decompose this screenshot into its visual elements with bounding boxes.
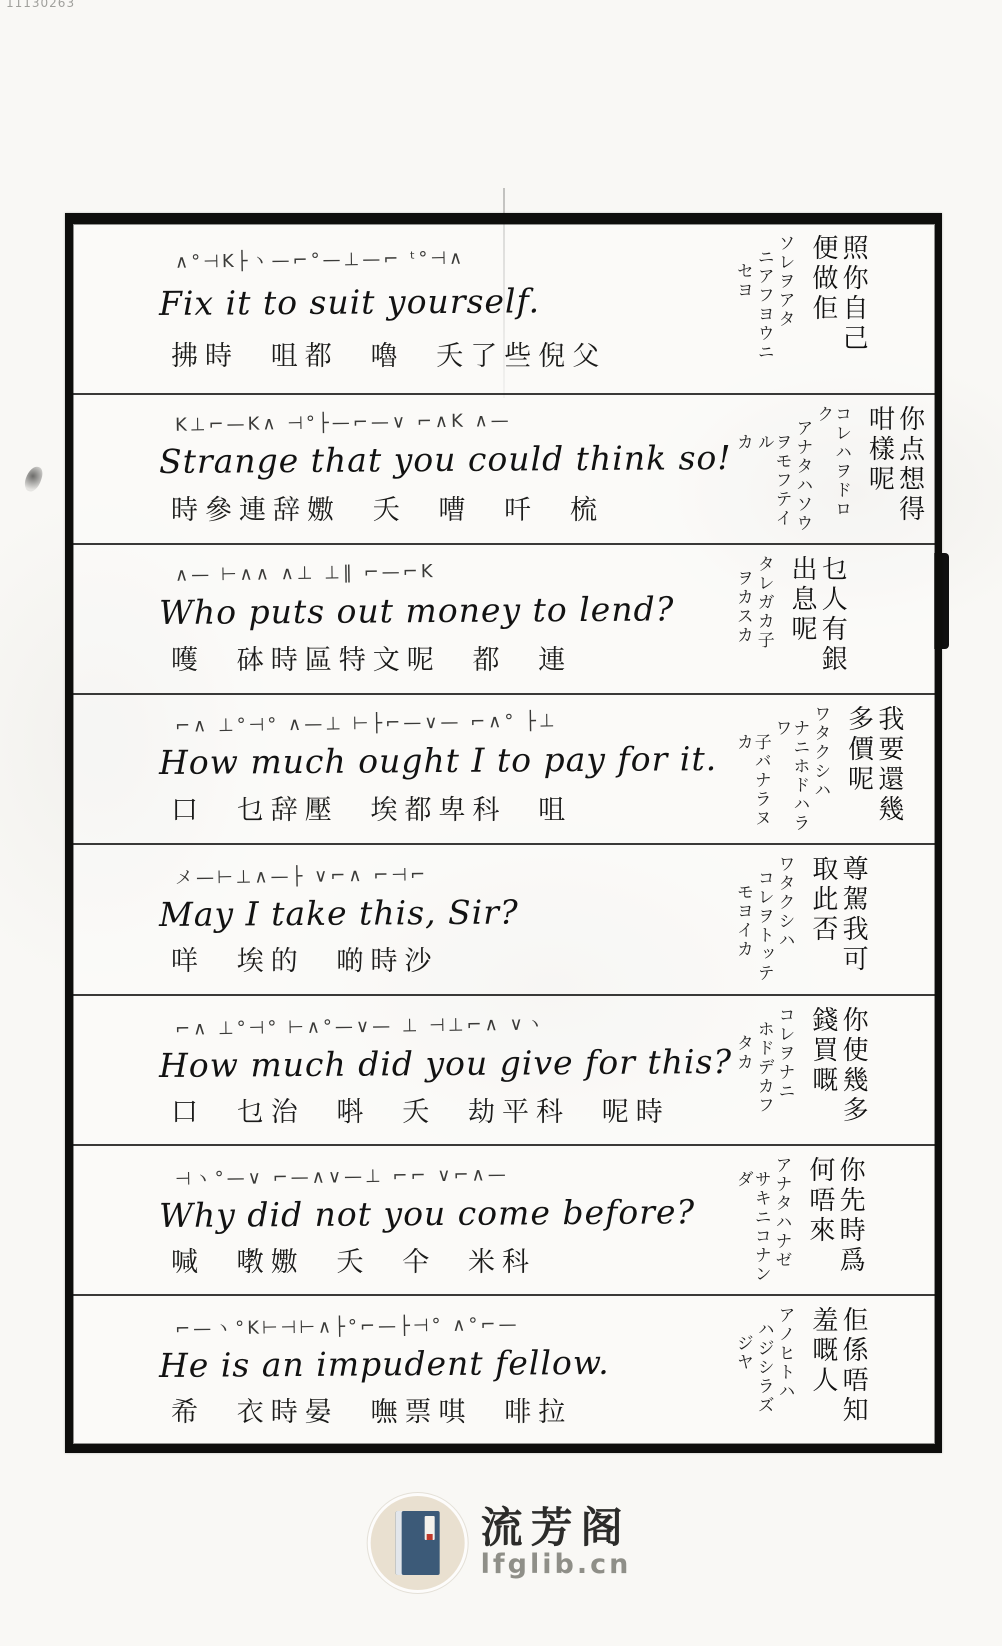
phrase-row-left: ⌐∧ ⊥°⊣° ∧—⊥ ⊢├⌐—∨— ⌐∧° ├⊥ How much ought… <box>73 695 731 843</box>
vertical-text-block: 佢係唔知羞嘅人アノヒトハハジシラズジヤ <box>731 1306 870 1438</box>
library-watermark: 流芳阁 lfglib.cn <box>371 1496 632 1590</box>
phrase-table: ∧°⊣K├ヽ—⌐°—⊥—⌐ ᵗ°⊣∧ Fix it to suit yourse… <box>65 213 942 1453</box>
english-phrase: Who puts out money to lend? <box>159 589 725 632</box>
scanned-phrasebook-page: { "page": { "corner_id": "11130263", "wa… <box>0 0 1002 1646</box>
chinese-translation-column: 我要還幾 <box>876 705 903 837</box>
vertical-text-block: 我要還幾多價呢ワタクシハナニホドハラワ子バナラヌカ <box>731 705 906 837</box>
chinese-translation-column: 咁樣呢 <box>866 405 893 537</box>
shorthand-phonetic-line: ⌐∧ ⊥°⊣° ∧—⊥ ⊢├⌐—∨— ⌐∧° ├⊥ <box>159 708 725 737</box>
phrase-row-right: 佢係唔知羞嘅人アノヒトハハジシラズジヤ <box>731 1296 935 1444</box>
phrase-row-right: 你使幾多錢買嘅コレヲナニホドデカフタカ <box>731 996 935 1144</box>
phrase-row: K⊥⌐—K∧ ⊣°├—⌐—∨ ⌐∧K ∧— Strange that you c… <box>73 395 935 545</box>
chinese-translation-column: 照你自己 <box>840 234 867 387</box>
english-phrase: Why did not you come before? <box>159 1192 725 1235</box>
phrase-row-right: 乜人有銀出息呢タレガカ子ヲカスカ <box>731 545 935 693</box>
scan-corner-id: 11130263 <box>6 0 75 10</box>
katakana-column: コレハヲドロク <box>814 405 850 537</box>
chinese-translation-column: 你先時爲 <box>837 1156 864 1288</box>
book-icon <box>396 1511 440 1575</box>
katakana-column: タレガカ子 <box>755 555 773 687</box>
katakana-column: アノヒトハ <box>776 1306 794 1438</box>
phrase-row-left: ∧°⊣K├ヽ—⌐°—⊥—⌐ ᵗ°⊣∧ Fix it to suit yourse… <box>73 224 731 393</box>
chinese-phonetic-line: 咩 埃的 啲時沙 <box>159 939 725 978</box>
phrase-row: ⊣ヽ°—∨ ⌐—∧∨—⊥ ⌐⌐ ∨⌐∧— Why did not you com… <box>73 1146 935 1296</box>
chinese-phonetic-line: 喊 嘋嫐 夭 仐 米科 <box>159 1240 725 1279</box>
katakana-column: カ <box>734 433 752 537</box>
phrase-row: ⌐—ヽ°K⊢⊣⊢∧├°⌐—├⊣° ∧°⌐— He is an impudent … <box>73 1296 935 1444</box>
chinese-translation-column: 便做佢 <box>810 234 837 387</box>
katakana-column: ホドデカフ <box>755 1020 773 1138</box>
chinese-translation-column: 錢買嘅 <box>810 1006 837 1138</box>
katakana-column: ナニホドハラワ <box>773 719 809 837</box>
shorthand-phonetic-line: ⌐—ヽ°K⊢⊣⊢∧├°⌐—├⊣° ∧°⌐— <box>159 1307 725 1341</box>
phrase-row-left: メ—⊢⊥∧—├ ∨⌐∧ ⌐⊣⌐ May I take this, Sir? 咩 … <box>73 845 731 993</box>
chinese-phonetic-line: 口 乜治 唞 夭 劫平科 呢時 <box>159 1090 725 1129</box>
katakana-column: アナタハソウ <box>794 419 812 537</box>
chinese-translation-column: 尊駕我可 <box>840 855 867 987</box>
vertical-text-block: 乜人有銀出息呢タレガカ子ヲカスカ <box>731 555 849 687</box>
shorthand-phonetic-line: ⌐∧ ⊥°⊣° ⊢∧°—∨— ⊥ ⊣⊥⌐∧ ∨ヽ <box>159 1007 725 1041</box>
chinese-translation-column: 羞嘅人 <box>810 1306 837 1438</box>
phrase-row: メ—⊢⊥∧—├ ∨⌐∧ ⌐⊣⌐ May I take this, Sir? 咩 … <box>73 845 935 995</box>
katakana-column: ワタクシハ <box>776 855 794 987</box>
vertical-text-block: 尊駕我可取此否ワタクシハコレヲトッテモヨイカ <box>731 855 870 987</box>
vertical-text-block: 你先時爲何唔來アナタハナゼサキニコナンダ <box>731 1156 867 1288</box>
english-phrase: He is an impudent fellow. <box>159 1342 725 1385</box>
phrase-row: ⌐∧ ⊥°⊣° ⊢∧°—∨— ⊥ ⊣⊥⌐∧ ∨ヽ How much did yo… <box>73 996 935 1146</box>
vertical-text-block: 你点想得咁樣呢コレハヲドロクアナタハソウヲモフテイルカ <box>731 405 927 537</box>
phrase-row: ∧°⊣K├ヽ—⌐°—⊥—⌐ ᵗ°⊣∧ Fix it to suit yourse… <box>73 224 935 395</box>
katakana-column: 子バナラヌカ <box>734 733 770 837</box>
katakana-column: コレヲトッテ <box>755 869 773 987</box>
english-phrase: How much ought I to pay for it. <box>159 739 725 782</box>
katakana-column: ワタクシハ <box>811 705 829 837</box>
chinese-translation-column: 你使幾多 <box>840 1006 867 1138</box>
phrase-row-right: 你先時爲何唔來アナタハナゼサキニコナンダ <box>731 1146 935 1294</box>
phrase-row-right: 我要還幾多價呢ワタクシハナニホドハラワ子バナラヌカ <box>731 695 935 843</box>
katakana-column: アナタハナゼ <box>773 1156 791 1288</box>
phrase-row-left: ⊣ヽ°—∨ ⌐—∧∨—⊥ ⌐⌐ ∨⌐∧— Why did not you com… <box>73 1146 731 1294</box>
phrase-row-left: K⊥⌐—K∧ ⊣°├—⌐—∨ ⌐∧K ∧— Strange that you c… <box>73 395 731 543</box>
shorthand-phonetic-line: ∧°⊣K├ヽ—⌐°—⊥—⌐ ᵗ°⊣∧ <box>159 240 725 274</box>
chinese-translation-column: 佢係唔知 <box>840 1306 867 1438</box>
english-phrase: May I take this, Sir? <box>159 891 725 934</box>
phrase-row-left: ∧— ⊢∧∧ ∧⊥ ⊥‖ ⌐—⌐K Who puts out money to … <box>73 545 731 693</box>
phrase-row-left: ⌐—ヽ°K⊢⊣⊢∧├°⌐—├⊣° ∧°⌐— He is an impudent … <box>73 1296 731 1444</box>
phrase-row-right: 照你自己便做佢ソレヲアタニアフヨウニセヨ <box>731 224 935 393</box>
shorthand-phonetic-line: メ—⊢⊥∧—├ ∨⌐∧ ⌐⊣⌐ <box>159 856 725 890</box>
shorthand-phonetic-line: ∧— ⊢∧∧ ∧⊥ ⊥‖ ⌐—⌐K <box>159 557 725 586</box>
shorthand-phonetic-line: ⊣ヽ°—∨ ⌐—∧∨—⊥ ⌐⌐ ∨⌐∧— <box>159 1157 725 1191</box>
chinese-translation-column: 多價呢 <box>845 705 872 837</box>
chinese-translation-column: 取此否 <box>810 855 837 987</box>
chinese-phonetic-line: 嚄 砵時區特文呢 都 連 <box>159 638 725 677</box>
phrase-row-right: 尊駕我可取此否ワタクシハコレヲトッテモヨイカ <box>731 845 935 993</box>
katakana-column: ソレヲアタ <box>776 234 794 387</box>
katakana-column: ヲカスカ <box>734 569 752 687</box>
chinese-phonetic-line: 拂時 咀都 嚕 夭了些倪父 <box>159 334 725 373</box>
katakana-column: セヨ <box>734 262 752 387</box>
chinese-translation-column: 出息呢 <box>789 555 816 687</box>
chinese-translation-column: 何唔來 <box>807 1156 834 1288</box>
phrase-row-left: ⌐∧ ⊥°⊣° ⊢∧°—∨— ⊥ ⊣⊥⌐∧ ∨ヽ How much did yo… <box>73 996 731 1144</box>
chinese-translation-column: 你点想得 <box>896 405 923 537</box>
phrase-row: ∧— ⊢∧∧ ∧⊥ ⊥‖ ⌐—⌐K Who puts out money to … <box>73 545 935 695</box>
chinese-phonetic-line: 口 乜辞壓 埃都卑科 咀 <box>159 788 725 827</box>
katakana-column: サキニコナンダ <box>734 1170 770 1288</box>
english-phrase: How much did you give for this? <box>159 1042 725 1085</box>
katakana-column: ジヤ <box>734 1334 752 1438</box>
katakana-column: ヲモフテイル <box>755 433 791 537</box>
chinese-translation-column: 乜人有銀 <box>819 555 846 687</box>
phrase-row-right: 你点想得咁樣呢コレハヲドロクアナタハソウヲモフテイルカ <box>731 395 935 543</box>
shorthand-phonetic-line: K⊥⌐—K∧ ⊣°├—⌐—∨ ⌐∧K ∧— <box>159 407 725 436</box>
katakana-column: モヨイカ <box>734 883 752 987</box>
scan-smudge <box>22 464 44 493</box>
katakana-column: コレヲナニ <box>776 1006 794 1138</box>
watermark-text: 流芳阁 lfglib.cn <box>481 1507 632 1579</box>
phrase-row: ⌐∧ ⊥°⊣° ∧—⊥ ⊢├⌐—∨— ⌐∧° ├⊥ How much ought… <box>73 695 935 845</box>
english-phrase: Strange that you could think so! <box>159 438 725 481</box>
katakana-column: ニアフヨウニ <box>755 248 773 387</box>
vertical-text-block: 你使幾多錢買嘅コレヲナニホドデカフタカ <box>731 1006 870 1138</box>
chinese-phonetic-line: 希 衣時晏 嘸票唭 啡拉 <box>159 1390 725 1429</box>
vertical-text-block: 照你自己便做佢ソレヲアタニアフヨウニセヨ <box>731 234 870 387</box>
watermark-domain: lfglib.cn <box>481 1551 632 1579</box>
watermark-library-name: 流芳阁 <box>481 1507 632 1551</box>
chinese-phonetic-line: 時參連辞嫐 夭 嘈 吀 梳 <box>159 488 725 527</box>
katakana-column: タカ <box>734 1034 752 1138</box>
english-phrase: Fix it to suit yourself. <box>159 280 725 323</box>
katakana-column: ハジシラズ <box>755 1320 773 1438</box>
watermark-badge <box>371 1496 465 1590</box>
